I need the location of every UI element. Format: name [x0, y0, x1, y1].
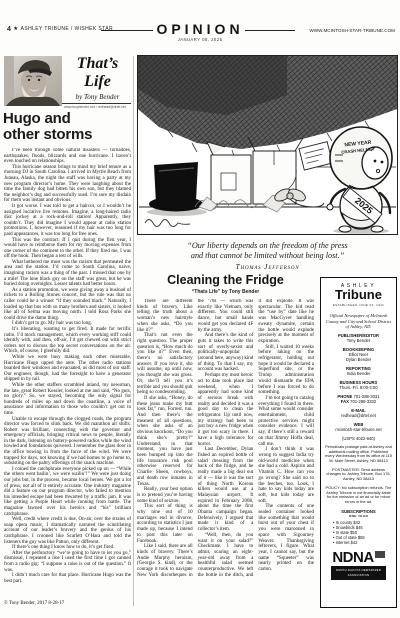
article-headline-fridge: Cleaning the Fridge: [137, 273, 314, 287]
masthead-box: ASHLEY Tribune ESTABLISHED JUNE 29, 1911…: [320, 277, 397, 608]
crash-helmet: NEW YEAR CRASH HELMET: [330, 127, 392, 189]
web-address: mcintosh-star-tribune.net: [325, 427, 392, 432]
tony-bender-photo: [4, 56, 62, 106]
paragraph: Still, I waited 10 weeks before taking o…: [258, 345, 314, 396]
paragraph: That’s not even the right question. The …: [137, 333, 193, 396]
ndna-logo: NDNA NORTH DAKOTA NEWSPAPER ASSOCIATION: [325, 551, 392, 579]
paragraph: Unable to escape through the clogged roa…: [4, 417, 131, 467]
paragraph: I’m not going to catalog everything I fo…: [258, 396, 314, 447]
paragraph: What bothered me most was the racism tha…: [4, 260, 131, 288]
paragraph: The contents of one sealed container loo…: [258, 504, 314, 572]
paragraph: I don’t think it was wrong to suggest In…: [258, 447, 314, 504]
paragraph: After the perfunctory “we’re going to ha…: [4, 551, 131, 573]
column-divider: [133, 56, 134, 606]
quote-line2: and that cannot be limited without being…: [137, 251, 398, 261]
masthead-rule: [62, 103, 131, 104]
paragraph: Perhaps my most heroic act to date took …: [198, 373, 254, 447]
paragraph: While we were busy making each other mis…: [4, 355, 131, 383]
ndna-letters: NDNA: [332, 551, 373, 565]
publisher-name: Tony Bender: [325, 338, 392, 343]
bookkeeper-name: Dylan Bender: [325, 357, 392, 362]
masthead-official-notice: Official Newspaper of McIntosh County an…: [325, 313, 392, 329]
new-year-editorial-cartoon: 2025 NEW YEAR CRASH HELMET: [137, 55, 398, 235]
hours-value: Thurs.-Fri. 8:00-3:00: [325, 385, 392, 390]
header-rule-right: [245, 30, 295, 31]
paragraph: If there’s one thing I know how to do, i…: [4, 545, 131, 551]
paragraph: It’s liberating, wanting to get fired. I…: [4, 327, 131, 355]
ndna-flag-icon: [375, 551, 385, 558]
quote-line1: “Our liberty depends on the freedom of t…: [137, 241, 398, 251]
fax-number: 701-288-3332: [350, 399, 376, 404]
paragraph: I’ve been through some natural disasters…: [4, 148, 131, 165]
issue-date: JANUARY 08, 2025: [0, 37, 400, 42]
article-body-hugo: I’ve been through some natural disasters…: [4, 148, 131, 598]
column-masthead: That’s Life by Tony Bender: [64, 55, 131, 101]
quote-attribution: Thomas Jefferson: [137, 262, 398, 272]
subscription-rate: • Internet $42: [333, 540, 392, 545]
subscriptions-subtitle: ONE YEAR: [325, 514, 392, 519]
email-address: redhead@drtel.net: [325, 413, 392, 418]
pull-quote: “Our liberty depends on the freedom of t…: [137, 241, 398, 271]
article-body-fridge: There are different kinds of bravery. Li…: [137, 299, 314, 580]
article-headline-hugo: Hugo and other storms: [3, 111, 92, 143]
policy-notice: POLICY: No subscription refunds. The Ash…: [325, 486, 392, 505]
paragraph: I didn’t much care for that place. Hurri…: [4, 573, 131, 584]
paragraph: It got worse. I was told to get a haircu…: [4, 204, 131, 238]
contact-line: www.tonybender.net • redhead@drtel.net: [58, 105, 132, 109]
column-title: That’s Life: [64, 55, 131, 91]
paragraph: Well, credit where credit is due. On-air…: [4, 517, 131, 545]
fax-row: FAX 701-288-3332: [325, 399, 392, 404]
column-byline: by Tony Bender: [64, 93, 131, 101]
website-url: WWW.MCINTOSH-STAR-TRIBUNE.COM: [309, 28, 395, 33]
paragraph: As a station promotion, we were giving a…: [4, 288, 131, 322]
subscriptions-list: • In county $42 • Snowbirds $46 • In sta…: [325, 520, 392, 545]
paragraph: There are different kinds of bravery. Li…: [137, 299, 193, 333]
paragraph: If she asks, “Honey, do these jeans make…: [137, 396, 193, 487]
paragraph: I coined the catchphrase everyone picked…: [4, 467, 131, 517]
ndna-banner: NORTH DAKOTA NEWSPAPER ASSOCIATION: [331, 566, 386, 579]
newspaper-opinion-page: 4★ASHLEY TRIBUNE / WISHEK STAR OPINION J…: [0, 0, 400, 618]
article-subtitle-fridge: “Thats Life” by Tony Bender: [137, 289, 314, 295]
usps-number: (USPS 4022-840): [325, 436, 392, 441]
periodicals-notice: Periodicals postage paid at Ashley and a…: [325, 445, 392, 464]
paragraph: While the other staffers scrambled inlan…: [4, 383, 131, 417]
paragraph: This was the contract: If I quit during …: [4, 238, 131, 260]
paragraph: This hurricane season brings to mind my …: [4, 165, 131, 204]
masthead-established: ESTABLISHED JUNE 29, 1911: [325, 303, 392, 308]
article-credit-hugo: © Tony Bender, 2017 8-28-17: [4, 601, 64, 606]
reporter-name: India Bender: [325, 371, 392, 376]
postmaster-notice: POSTMASTER: Send address changes to: Ash…: [325, 468, 392, 482]
masthead-name: Tribune: [325, 289, 392, 301]
paragraph: Really, your best option is to pretend y…: [137, 487, 193, 504]
paragraph: This sort of thing is why nine out of 10…: [137, 504, 193, 544]
paragraph: And there’s the kind of guts it takes to…: [198, 333, 254, 373]
paragraph: Last December, Dylan fished an expired b…: [198, 447, 254, 533]
